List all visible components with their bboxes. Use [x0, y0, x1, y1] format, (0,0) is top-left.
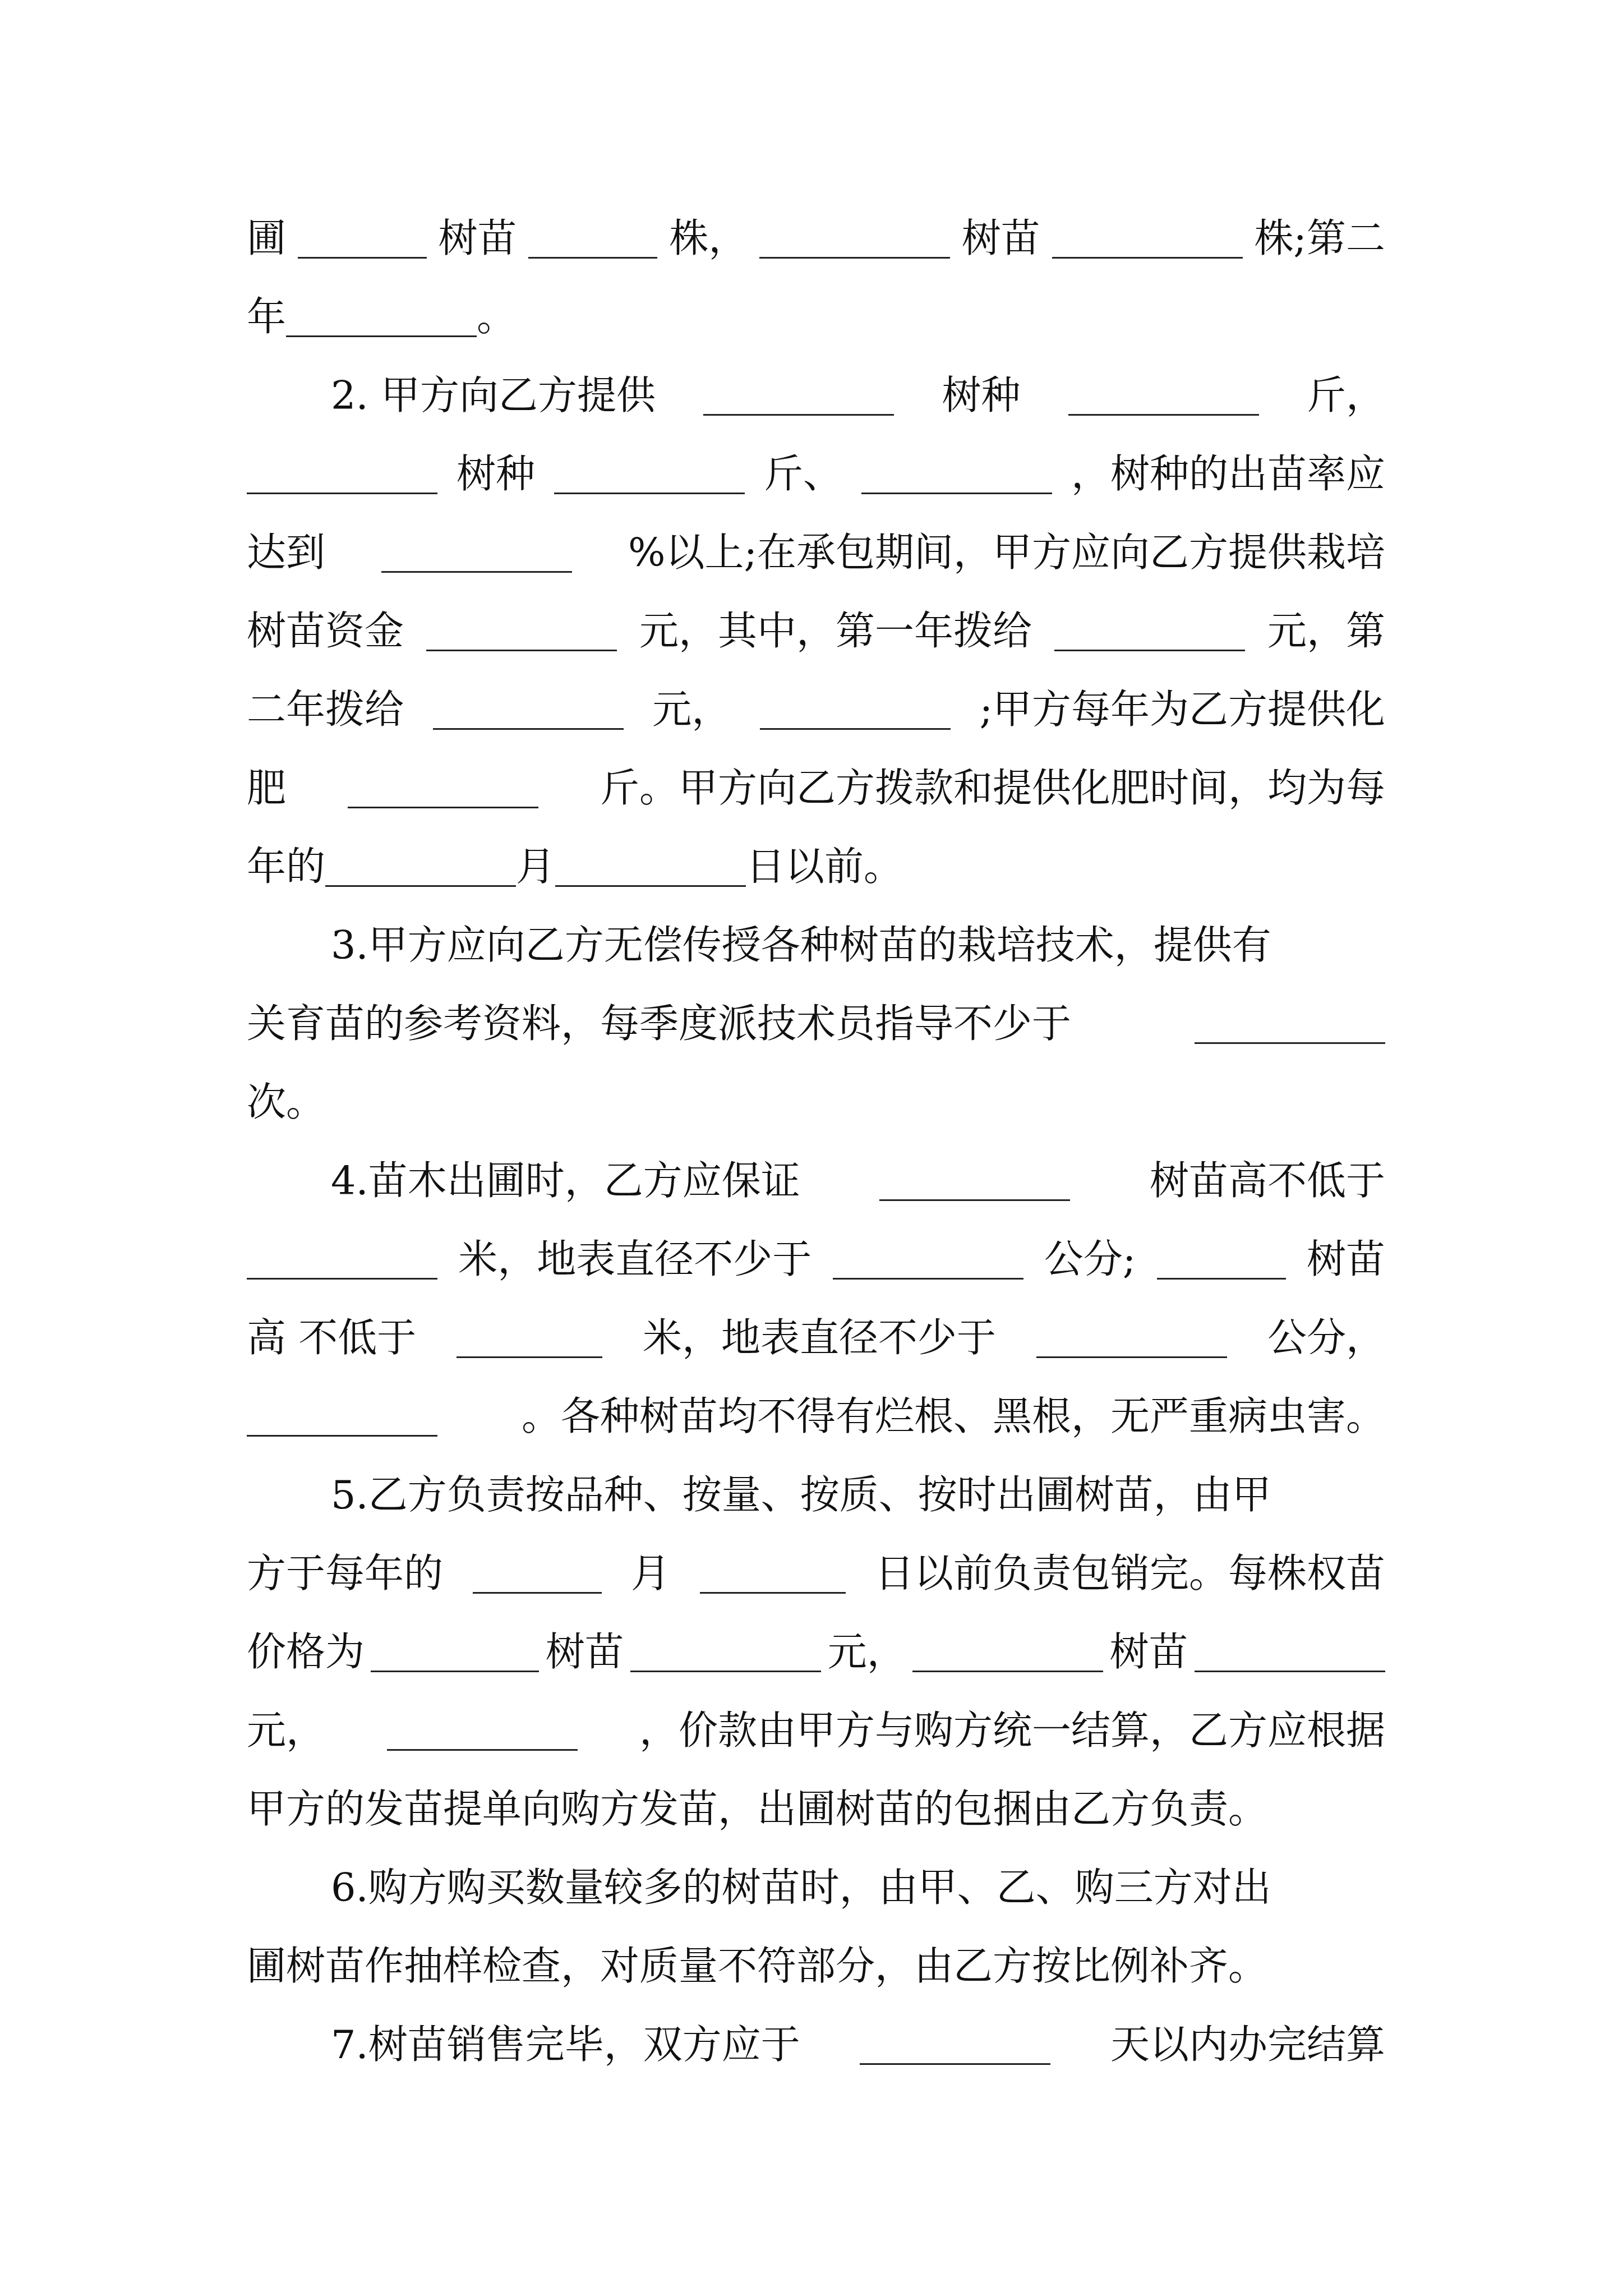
- text-segment: 达到: [247, 524, 325, 581]
- text-segment: 次。: [247, 1074, 325, 1130]
- text-line: 圃树苗作抽样检查，对质量不符部分，由乙方按比例补齐。: [247, 1938, 1385, 1994]
- text-segment: 株;第二: [1254, 210, 1385, 266]
- text-segment: ;甲方每年为乙方提供化: [979, 682, 1385, 738]
- text-segment: 树种: [457, 446, 535, 502]
- text-line: 树种斤、，树种的出苗率应: [247, 446, 1385, 502]
- text-segment: 元，: [247, 1703, 325, 1759]
- text-segment: 关育苗的参考资料，每季度派技术员指导不少于: [247, 996, 1071, 1052]
- fill-in-blank: [759, 218, 950, 259]
- fill-in-blank: [630, 1631, 821, 1672]
- fill-in-blank: [1054, 610, 1245, 651]
- text-segment: 斤、: [764, 446, 842, 502]
- fill-in-blank: [387, 1710, 578, 1751]
- fill-in-blank: [247, 1239, 437, 1280]
- fill-in-blank: [879, 1160, 1070, 1201]
- text-segment: 树苗: [439, 210, 517, 266]
- text-segment: 株，: [669, 210, 748, 266]
- fill-in-blank: [860, 2024, 1050, 2065]
- fill-in-blank: [247, 1396, 437, 1437]
- fill-in-blank: [554, 453, 745, 494]
- fill-in-blank: [286, 296, 477, 337]
- text-line: 3.甲方应向乙方无偿传授各种树苗的栽培技术，提供有: [247, 917, 1385, 973]
- text-segment: 树苗资金: [247, 603, 404, 659]
- text-segment: 高 不低于: [247, 1310, 416, 1366]
- text-segment: 树苗: [546, 1624, 624, 1680]
- text-segment: 6.购方购买数量较多的树苗时，由甲、乙、购三方对出: [331, 1860, 1271, 1916]
- text-line: 4.苗木出圃时，乙方应保证树苗高不低于: [247, 1153, 1385, 1209]
- fill-in-blank: [298, 218, 427, 259]
- text-segment: 树种: [942, 367, 1021, 424]
- text-line: 2. 甲方向乙方提供树种斤，: [247, 367, 1385, 424]
- text-segment: 树苗: [1110, 1624, 1188, 1680]
- text-segment: 甲方的发苗提单向购方发苗，出圃树苗的包捆由乙方负责。: [247, 1781, 1267, 1837]
- text-segment: 4.苗木出圃时，乙方应保证: [331, 1153, 800, 1209]
- text-segment: 树苗: [962, 210, 1040, 266]
- fill-in-blank: [457, 1317, 602, 1358]
- fill-in-blank: [433, 689, 624, 730]
- fill-in-blank: [528, 218, 657, 259]
- fill-in-blank: [381, 532, 572, 573]
- fill-in-blank: [760, 689, 951, 730]
- text-segment: ，价款由甲方与购方统一结算，乙方应根据: [639, 1703, 1385, 1759]
- fill-in-blank: [1036, 1317, 1227, 1358]
- text-segment: 月: [631, 1545, 670, 1602]
- text-line: 。各种树苗均不得有烂根、黑根，无严重病虫害。: [247, 1388, 1385, 1444]
- text-segment: 树苗: [1307, 1231, 1385, 1287]
- fill-in-blank: [912, 1631, 1103, 1672]
- fill-in-blank: [1157, 1239, 1286, 1280]
- fill-in-blank: [861, 453, 1052, 494]
- text-segment: 价格为: [247, 1624, 365, 1680]
- fill-in-blank: [426, 610, 617, 651]
- text-segment: 2. 甲方向乙方提供: [331, 367, 656, 424]
- text-line: 方于每年的月日以前负责包销完。每株权苗: [247, 1545, 1385, 1602]
- fill-in-blank: [247, 453, 437, 494]
- text-line: 元，，价款由甲方与购方统一结算，乙方应根据: [247, 1703, 1385, 1759]
- text-line: 关育苗的参考资料，每季度派技术员指导不少于: [247, 996, 1385, 1052]
- fill-in-blank: [700, 1553, 846, 1594]
- text-line: 达到%以上;在承包期间，甲方应向乙方提供栽培: [247, 524, 1385, 581]
- text-segment: ，树种的出苗率应: [1071, 446, 1385, 502]
- fill-in-blank: [473, 1553, 602, 1594]
- fill-in-blank: [1052, 218, 1243, 259]
- text-segment: 肥: [247, 760, 286, 816]
- text-line: 米，地表直径不少于公分;树苗: [247, 1231, 1385, 1287]
- text-segment: 公分;: [1044, 1231, 1136, 1287]
- text-segment: 斤。甲方向乙方拨款和提供化肥时间，均为每: [600, 760, 1385, 816]
- text-segment: 米，地表直径不少于: [458, 1231, 811, 1287]
- fill-in-blank: [348, 767, 538, 808]
- text-segment: 3.甲方应向乙方无偿传授各种树苗的栽培技术，提供有: [331, 917, 1271, 973]
- text-line: 6.购方购买数量较多的树苗时，由甲、乙、购三方对出: [247, 1860, 1385, 1916]
- text-segment: 。各种树苗均不得有烂根、黑根，无严重病虫害。: [522, 1388, 1385, 1444]
- fill-in-blank: [371, 1631, 539, 1672]
- text-line: 年。: [247, 289, 1385, 345]
- text-segment: 圃树苗作抽样检查，对质量不符部分，由乙方按比例补齐。: [247, 1938, 1267, 1994]
- text-segment: 元，: [828, 1624, 906, 1680]
- text-segment: 公分，: [1267, 1310, 1385, 1366]
- text-segment: 5.乙方负责按品种、按量、按质、按时出圃树苗，由甲: [331, 1467, 1271, 1523]
- text-line: 价格为树苗元，树苗: [247, 1624, 1385, 1680]
- fill-in-blank: [325, 846, 516, 887]
- text-line: 5.乙方负责按品种、按量、按质、按时出圃树苗，由甲: [247, 1467, 1385, 1523]
- text-segment: 。: [477, 289, 516, 345]
- text-segment: 二年拨给: [247, 682, 404, 738]
- fill-in-blank: [833, 1239, 1023, 1280]
- text-segment: 7.树苗销售完毕，双方应于: [331, 2017, 800, 2073]
- text-line: 7.树苗销售完毕，双方应于天以内办完结算: [247, 2017, 1385, 2073]
- text-segment: 年的: [247, 839, 325, 895]
- text-line: 二年拨给元，;甲方每年为乙方提供化: [247, 682, 1385, 738]
- text-segment: 元，第: [1267, 603, 1385, 659]
- text-segment: 日以前。: [746, 839, 903, 895]
- text-segment: 树苗高不低于: [1150, 1153, 1385, 1209]
- text-line: 年的月日以前。: [247, 839, 1385, 895]
- text-segment: 米，地表直径不少于: [643, 1310, 996, 1366]
- text-segment: 元，: [652, 682, 731, 738]
- text-segment: 月: [516, 839, 555, 895]
- text-line: 树苗资金元，其中，第一年拨给元，第: [247, 603, 1385, 659]
- text-line: 次。: [247, 1074, 1385, 1130]
- fill-in-blank: [703, 375, 894, 416]
- text-line: 高 不低于米，地表直径不少于公分，: [247, 1310, 1385, 1366]
- text-line: 圃树苗株，树苗株;第二: [247, 210, 1385, 266]
- text-segment: 圃: [247, 210, 286, 266]
- text-segment: 天以内办完结算: [1110, 2017, 1385, 2073]
- text-line: 肥斤。甲方向乙方拨款和提供化肥时间，均为每: [247, 760, 1385, 816]
- fill-in-blank: [1195, 1003, 1385, 1044]
- fill-in-blank: [1195, 1631, 1385, 1672]
- text-line: 甲方的发苗提单向购方发苗，出圃树苗的包捆由乙方负责。: [247, 1781, 1385, 1837]
- text-segment: %以上;在承包期间，甲方应向乙方提供栽培: [628, 524, 1385, 581]
- text-segment: 斤，: [1307, 367, 1385, 424]
- text-segment: 方于每年的: [247, 1545, 443, 1602]
- text-segment: 日以前负责包销完。每株权苗: [875, 1545, 1385, 1602]
- text-segment: 元，其中，第一年拨给: [639, 603, 1032, 659]
- fill-in-blank: [1068, 375, 1259, 416]
- text-segment: 年: [247, 289, 286, 345]
- fill-in-blank: [555, 846, 746, 887]
